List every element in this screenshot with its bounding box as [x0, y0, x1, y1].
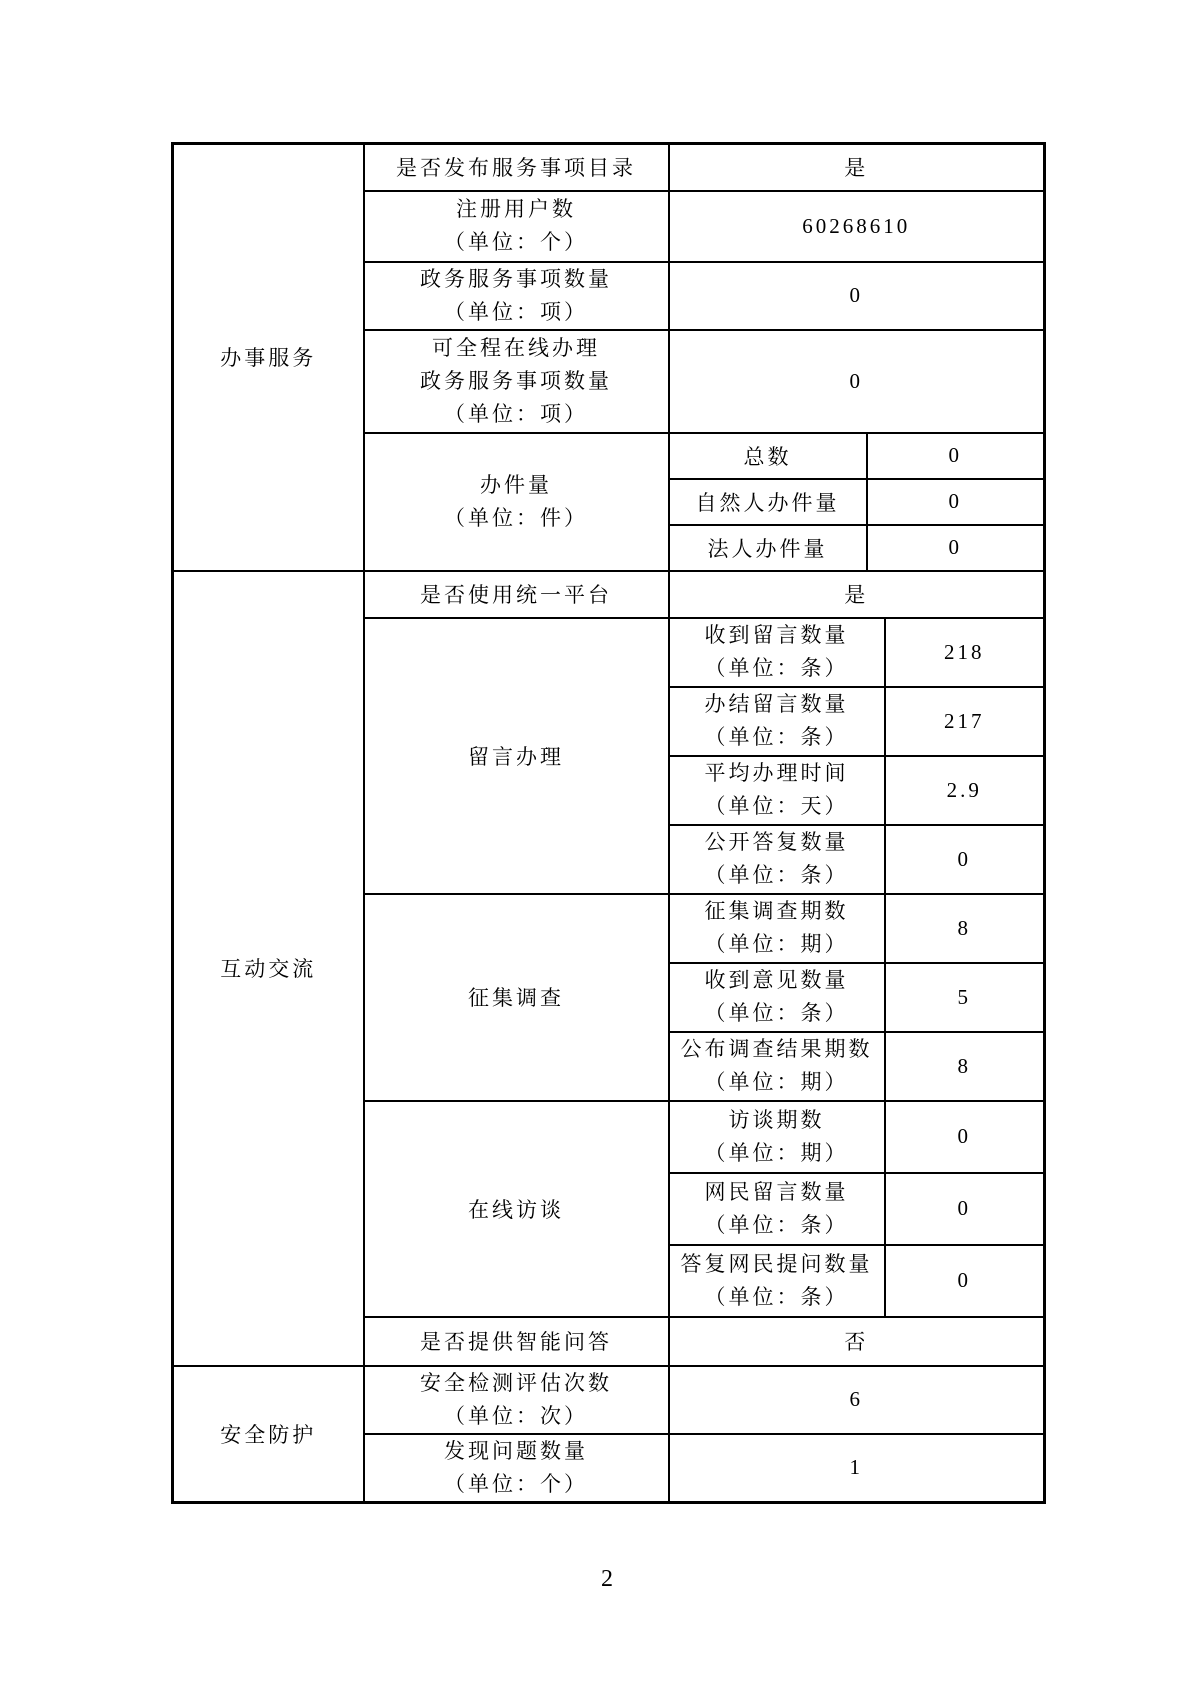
sub-label: 平均办理时间	[670, 757, 884, 790]
sub-label-cell: 公开答复数量 （单位：条）	[669, 825, 885, 894]
value-cell: 是	[669, 144, 1045, 191]
sub-label: 访谈期数	[670, 1104, 884, 1137]
sub-unit: （单位：条）	[670, 997, 884, 1030]
sub-unit: （单位：天）	[670, 790, 884, 823]
sub-value-cell: 218	[885, 618, 1045, 687]
sub-label-cell: 网民留言数量 （单位：条）	[669, 1173, 885, 1245]
item-unit: （单位：项）	[365, 296, 668, 329]
sub-value-cell: 8	[885, 1032, 1045, 1101]
item-label-cell: 是否提供智能问答	[364, 1317, 669, 1366]
item-label: 政务服务事项数量	[365, 263, 668, 296]
sub-label-cell: 法人办件量	[669, 525, 867, 571]
sub-value-cell: 0	[867, 479, 1045, 525]
sub-label-cell: 征集调查期数 （单位：期）	[669, 894, 885, 963]
sub-unit: （单位：期）	[670, 1066, 884, 1099]
item-label: 注册用户数	[365, 193, 668, 226]
item-unit: （单位：项）	[365, 398, 668, 431]
item-unit: （单位：件）	[365, 502, 668, 535]
sub-unit: （单位：条）	[670, 1209, 884, 1242]
item-label: 可全程在线办理	[365, 332, 668, 365]
sub-unit: （单位：期）	[670, 1137, 884, 1170]
item-unit: （单位：个）	[365, 226, 668, 259]
item-label-cell: 注册用户数 （单位：个）	[364, 191, 669, 262]
report-table: 办事服务 是否发布服务事项目录 是 注册用户数 （单位：个） 60268610 …	[171, 142, 1046, 1504]
item-unit: （单位：个）	[365, 1468, 668, 1501]
sub-label-cell: 收到意见数量 （单位：条）	[669, 963, 885, 1032]
sub-value-cell: 0	[867, 433, 1045, 479]
value-cell: 否	[669, 1317, 1045, 1366]
sub-value-cell: 0	[867, 525, 1045, 571]
value-cell: 6	[669, 1366, 1045, 1434]
sub-label: 答复网民提问数量	[670, 1248, 884, 1281]
item-label-cell: 征集调查	[364, 894, 669, 1101]
item-label: 发现问题数量	[365, 1435, 668, 1468]
page-number: 2	[0, 1566, 1190, 1593]
sub-value-cell: 0	[885, 1245, 1045, 1317]
item-label: 办件量	[365, 469, 668, 502]
sub-label-cell: 收到留言数量 （单位：条）	[669, 618, 885, 687]
sub-label: 收到留言数量	[670, 619, 884, 652]
sub-label-cell: 平均办理时间 （单位：天）	[669, 756, 885, 825]
sub-unit: （单位：期）	[670, 928, 884, 961]
item-label-cell: 可全程在线办理 政务服务事项数量 （单位：项）	[364, 330, 669, 433]
sub-label: 公开答复数量	[670, 826, 884, 859]
sub-unit: （单位：条）	[670, 859, 884, 892]
sub-label-cell: 办结留言数量 （单位：条）	[669, 687, 885, 756]
item-unit: （单位：次）	[365, 1400, 668, 1433]
report-page: 办事服务 是否发布服务事项目录 是 注册用户数 （单位：个） 60268610 …	[0, 0, 1190, 1683]
sub-label: 办结留言数量	[670, 688, 884, 721]
category-cell: 互动交流	[173, 571, 364, 1366]
sub-value-cell: 0	[885, 1173, 1045, 1245]
value-cell: 0	[669, 262, 1045, 330]
value-cell: 1	[669, 1434, 1045, 1503]
item-label-cell: 留言办理	[364, 618, 669, 894]
item-label-cell: 办件量 （单位：件）	[364, 433, 669, 571]
sub-value-cell: 5	[885, 963, 1045, 1032]
sub-value-cell: 0	[885, 825, 1045, 894]
sub-unit: （单位：条）	[670, 1281, 884, 1314]
sub-unit: （单位：条）	[670, 652, 884, 685]
item-label-cell: 是否发布服务事项目录	[364, 144, 669, 191]
sub-label-cell: 答复网民提问数量 （单位：条）	[669, 1245, 885, 1317]
value-cell: 是	[669, 571, 1045, 618]
item-label: 政务服务事项数量	[365, 365, 668, 398]
sub-unit: （单位：条）	[670, 721, 884, 754]
sub-label: 收到意见数量	[670, 964, 884, 997]
sub-label-cell: 总数	[669, 433, 867, 479]
item-label-cell: 是否使用统一平台	[364, 571, 669, 618]
item-label-cell: 发现问题数量 （单位：个）	[364, 1434, 669, 1503]
sub-value-cell: 8	[885, 894, 1045, 963]
sub-label-cell: 自然人办件量	[669, 479, 867, 525]
sub-label-cell: 访谈期数 （单位：期）	[669, 1101, 885, 1173]
sub-value-cell: 217	[885, 687, 1045, 756]
sub-label: 网民留言数量	[670, 1176, 884, 1209]
item-label-cell: 政务服务事项数量 （单位：项）	[364, 262, 669, 330]
category-cell: 办事服务	[173, 144, 364, 571]
sub-label: 征集调查期数	[670, 895, 884, 928]
item-label: 安全检测评估次数	[365, 1367, 668, 1400]
sub-label-cell: 公布调查结果期数 （单位：期）	[669, 1032, 885, 1101]
category-cell: 安全防护	[173, 1366, 364, 1503]
item-label-cell: 在线访谈	[364, 1101, 669, 1317]
sub-value-cell: 2.9	[885, 756, 1045, 825]
value-cell: 0	[669, 330, 1045, 433]
item-label-cell: 安全检测评估次数 （单位：次）	[364, 1366, 669, 1434]
sub-label: 公布调查结果期数	[670, 1033, 884, 1066]
sub-value-cell: 0	[885, 1101, 1045, 1173]
value-cell: 60268610	[669, 191, 1045, 262]
